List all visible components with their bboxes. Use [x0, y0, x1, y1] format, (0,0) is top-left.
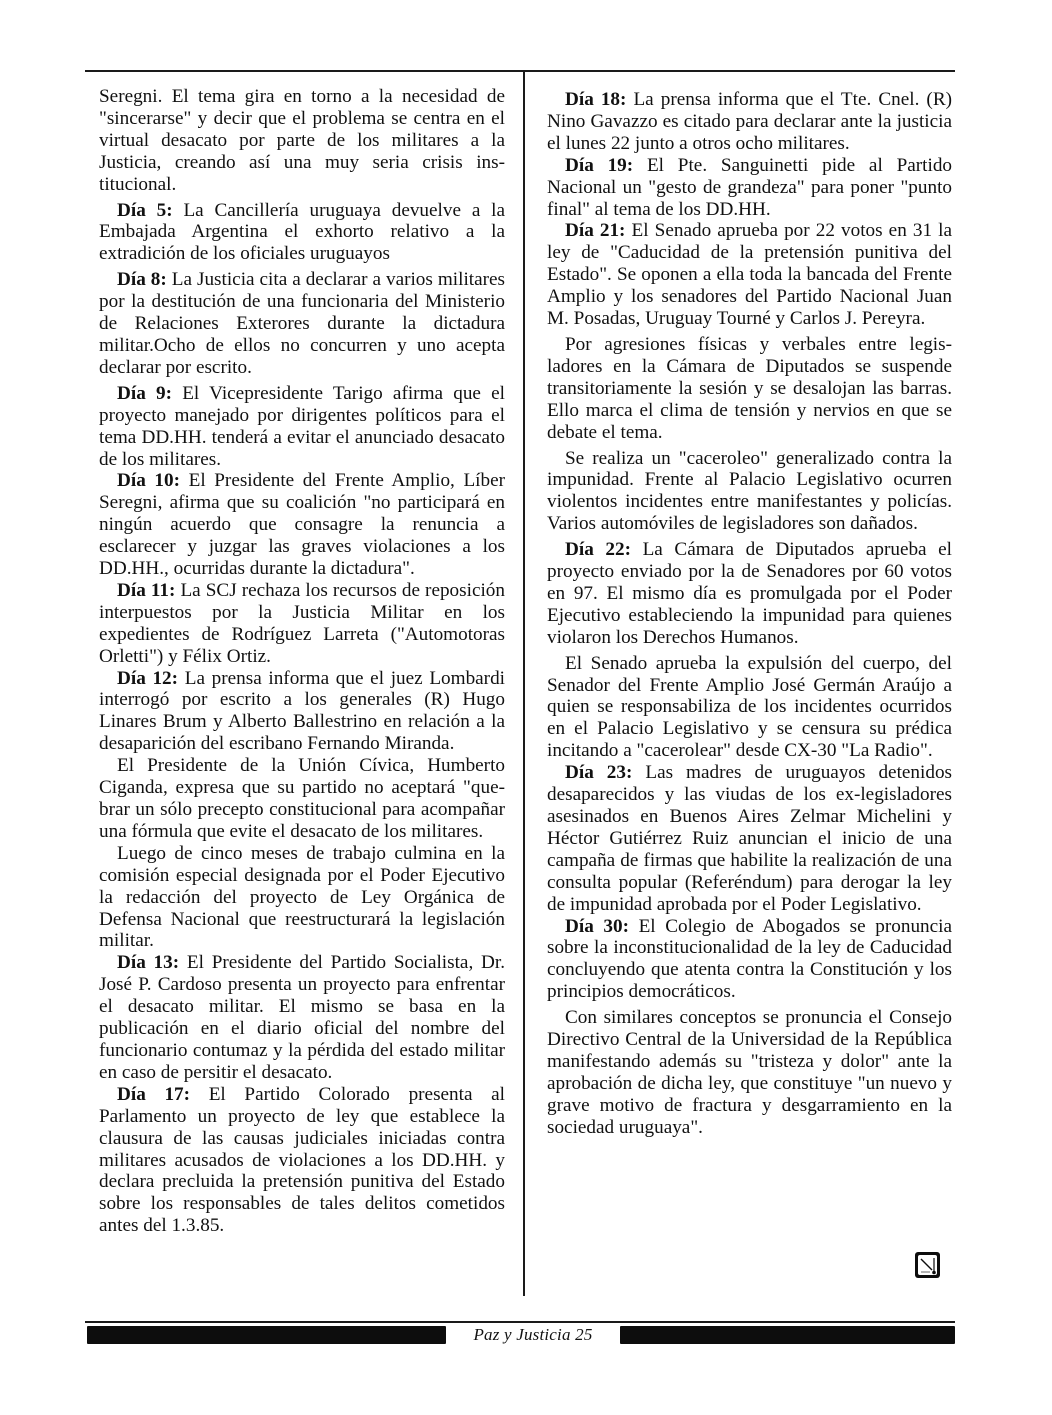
paragraph-text: Con similares conceptos se pronuncia el … [547, 1007, 952, 1138]
paragraph-day-18: Día 18: La prensa informa que el Tte. Cn… [547, 89, 952, 155]
day-label: Día 19: [565, 155, 633, 176]
day-label: Día 30: [565, 916, 629, 937]
paragraph-text: Seregni. El tema gira en torno a la nece… [99, 86, 505, 195]
paragraph: El Senado aprueba la expulsión del cuerp… [547, 653, 952, 763]
paragraph-day-8: Día 8: La Justicia cita a declarar a var… [99, 269, 505, 379]
footer-bar-right [620, 1326, 955, 1344]
paragraph-text: Las madres de uruguayos detenidos desapa… [547, 762, 952, 914]
day-label: Día 11: [117, 580, 175, 601]
day-label: Día 17: [117, 1084, 190, 1105]
document-page: Seregni. El tema gira en torno a la nece… [0, 0, 1052, 1415]
footer-rule [85, 1321, 955, 1323]
paragraph-text: El Senado aprueba la expulsión del cuerp… [547, 653, 952, 762]
paragraph-day-21: Día 21: El Senado aprueba por 22 votos e… [547, 220, 952, 330]
paragraph-text: El Presidente de la Unión Cívica, Humber… [99, 755, 505, 842]
paragraph: Luego de cinco meses de trabajo culmina … [99, 843, 505, 953]
paragraph-day-11: Día 11: La SCJ rechaza los recursos de r… [99, 580, 505, 668]
paragraph-text: Se realiza un "caceroleo" generalizado c… [547, 448, 952, 535]
end-of-article-square-icon [914, 1251, 941, 1279]
paragraph-day-17: Día 17: El Partido Colorado presenta al … [99, 1084, 505, 1237]
day-label: Día 5: [117, 200, 173, 221]
paragraph-day-13: Día 13: El Presidente del Partido Social… [99, 952, 505, 1083]
paragraph-text: Por agresiones físicas y verbales entre … [547, 334, 952, 443]
paragraph: Por agresiones físicas y verbales entre … [547, 334, 952, 444]
day-label: Día 13: [117, 952, 179, 973]
paragraph-day-19: Día 19: El Pte. Sanguinetti pide al Part… [547, 155, 952, 221]
paragraph-text: El Partido Colorado presenta al Parlamen… [99, 1084, 505, 1236]
paragraph-day-12: Día 12: La prensa informa que el juez Lo… [99, 668, 505, 756]
day-label: Día 12: [117, 668, 178, 689]
paragraph: Seregni. El tema gira en torno a la nece… [99, 86, 505, 196]
day-label: Día 10: [117, 470, 180, 491]
right-column: Día 18: La prensa informa que el Tte. Cn… [547, 89, 952, 1143]
paragraph-day-30: Día 30: El Colegio de Abogados se pronun… [547, 916, 952, 1004]
paragraph-day-9: Día 9: El Vicepresidente Tarigo afirma q… [99, 383, 505, 471]
paragraph-day-10: Día 10: El Presidente del Frente Amplio,… [99, 470, 505, 580]
paragraph-day-23: Día 23: Las madres de uruguayos detenido… [547, 762, 952, 915]
day-label: Día 22: [565, 539, 631, 560]
paragraph: Se realiza un "caceroleo" generalizado c… [547, 448, 952, 536]
footer-bar-left [87, 1326, 446, 1344]
day-label: Día 23: [565, 762, 632, 783]
day-label: Día 21: [565, 220, 625, 241]
day-label: Día 8: [117, 269, 167, 290]
left-column: Seregni. El tema gira en torno a la nece… [99, 86, 505, 1237]
paragraph: El Presidente de la Unión Cívica, Humber… [99, 755, 505, 843]
footer-publication-page: Paz y Justicia 25 [446, 1324, 620, 1346]
paragraph-day-22: Día 22: La Cámara de Diputados aprueba e… [547, 539, 952, 649]
day-label: Día 18: [565, 89, 626, 110]
column-divider [523, 71, 525, 1296]
top-rule [85, 70, 955, 72]
paragraph: Con similares conceptos se pronuncia el … [547, 1007, 952, 1138]
day-label: Día 9: [117, 383, 172, 404]
paragraph-text: Luego de cinco meses de trabajo culmina … [99, 843, 505, 952]
paragraph-day-5: Día 5: La Cancillería uruguaya devuelve … [99, 200, 505, 266]
